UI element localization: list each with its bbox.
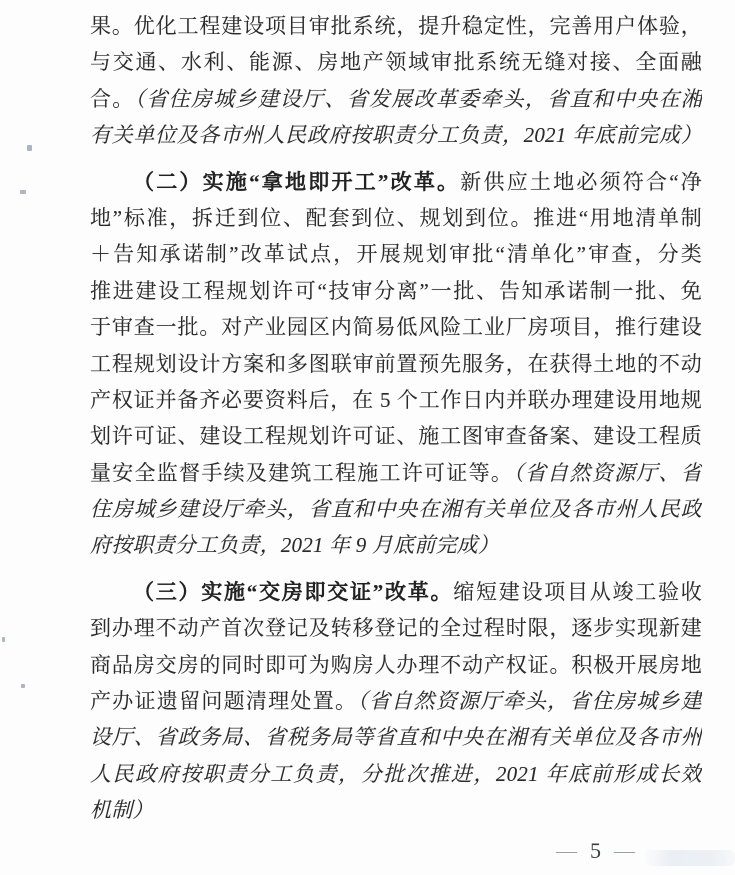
text-segment-regular: 商品房交房的同时即可为购房人办理不动产权证。积极开展房地 — [90, 653, 702, 677]
text-line: 推进建设工程规划许可“技审分离”一批、告知承诺制一批、免 — [90, 273, 702, 309]
text-segment-regular: 与交通、水利、能源、房地产领域审批系统无缝对接、全面融 — [90, 50, 702, 74]
text-segment-regular: 新供应土地必须符合“净 — [460, 170, 702, 194]
text-segment-kai: 人民政府按职责分工负责，分批次推进，2021 年底前形成长效 — [90, 762, 702, 786]
text-line: 商品房交房的同时即可为购房人办理不动产权证。积极开展房地 — [90, 647, 702, 683]
text-line: （三）实施“交房即交证”改革。缩短建设项目从竣工验收 — [90, 574, 702, 610]
text-line: 人民政府按职责分工负责，分批次推进，2021 年底前形成长效 — [90, 756, 702, 792]
scan-smear — [643, 850, 735, 866]
scan-speck — [2, 637, 5, 642]
text-segment-kai: （省住房城乡建设厅、省发展改革委牵头，省直和中央在湘 — [135, 87, 702, 111]
text-line: 府按职责分工负责，2021 年 9 月底前完成） — [90, 527, 702, 563]
text-segment-regular: 地”标准，拆迁到位、配套到位、规划到位。推进“用地清单制 — [90, 206, 702, 230]
text-segment-kai: 有关单位及各市州人民政府按职责分工负责，2021 年底前完成） — [90, 123, 702, 147]
paragraph: （三）实施“交房即交证”改革。缩短建设项目从竣工验收到办理不动产首次登记及转移登… — [90, 574, 702, 829]
text-line: （二）实施“拿地即开工”改革。新供应土地必须符合“净 — [90, 164, 702, 200]
text-segment-regular: ＋告知承诺制”改革试点，开展规划审批“清单化”审查，分类 — [90, 242, 702, 266]
text-segment-kai: （省自然资源厅、省 — [513, 461, 702, 485]
scan-speck — [27, 145, 32, 151]
paragraph: （二）实施“拿地即开工”改革。新供应土地必须符合“净地”标准，拆迁到位、配套到位… — [90, 164, 702, 564]
text-segment-regular: 推进建设工程规划许可“技审分离”一批、告知承诺制一批、免 — [90, 279, 702, 303]
text-line: 住房城乡建设厅牵头，省直和中央在湘有关单位及各市州人民政 — [90, 491, 702, 527]
text-line: 与交通、水利、能源、房地产领域审批系统无缝对接、全面融 — [90, 44, 702, 80]
text-line: 到办理不动产首次登记及转移登记的全过程时限，逐步实现新建 — [90, 610, 702, 646]
footer-dash-left: — — [556, 841, 577, 860]
page-footer: — 5 — — [556, 839, 635, 863]
scan-speck — [20, 190, 26, 194]
text-segment-regular: 果。优化工程建设项目审批系统，提升稳定性，完善用户体验， — [90, 14, 702, 38]
text-segment-kai: （省自然资源厅牵头，省住房城乡建 — [357, 689, 702, 713]
text-segment-regular: 到办理不动产首次登记及转移登记的全过程时限，逐步实现新建 — [90, 616, 702, 640]
text-line: 产办证遗留问题清理处置。（省自然资源厅牵头，省住房城乡建 — [90, 683, 702, 719]
text-line: 工程规划设计方案和多图联审前置预先服务，在获得土地的不动 — [90, 346, 702, 382]
text-segment-regular: 划许可证、建设工程规划许可证、施工图审查备案、建设工程质 — [90, 424, 702, 448]
scan-speck — [21, 684, 25, 688]
text-line: 有关单位及各市州人民政府按职责分工负责，2021 年底前完成） — [90, 117, 702, 153]
text-line: 地”标准，拆迁到位、配套到位、规划到位。推进“用地清单制 — [90, 200, 702, 236]
text-line: ＋告知承诺制”改革试点，开展规划审批“清单化”审查，分类 — [90, 236, 702, 272]
page-number: 5 — [590, 839, 601, 863]
text-line: 划许可证、建设工程规划许可证、施工图审查备案、建设工程质 — [90, 418, 702, 454]
text-segment-kai: 机制） — [90, 798, 154, 822]
text-segment-kai: 设厅、省政务局、省税务局等省直和中央在湘有关单位及各市州 — [90, 725, 702, 749]
document-body: 果。优化工程建设项目审批系统，提升稳定性，完善用户体验，与交通、水利、能源、房地… — [90, 8, 702, 829]
text-line: 产权证并备齐必要资料后，在 5 个工作日内并联办理建设用地规 — [90, 382, 702, 418]
text-line: 机制） — [90, 792, 702, 828]
text-segment-regular: 产权证并备齐必要资料后，在 5 个工作日内并联办理建设用地规 — [90, 388, 702, 412]
text-segment-bold: （三）实施“交房即交证”改革。 — [133, 580, 453, 604]
text-segment-kai: 府按职责分工负责，2021 年 9 月底前完成） — [90, 533, 499, 557]
text-segment-regular: 缩短建设项目从竣工验收 — [453, 580, 702, 604]
document-page: 果。优化工程建设项目审批系统，提升稳定性，完善用户体验，与交通、水利、能源、房地… — [0, 0, 735, 875]
text-line: 合。（省住房城乡建设厅、省发展改革委牵头，省直和中央在湘 — [90, 81, 702, 117]
text-segment-regular: 合。 — [90, 87, 135, 111]
text-line: 果。优化工程建设项目审批系统，提升稳定性，完善用户体验， — [90, 8, 702, 44]
text-segment-regular: 工程规划设计方案和多图联审前置预先服务，在获得土地的不动 — [90, 352, 702, 376]
text-segment-regular: 量安全监督手续及建筑工程施工许可证等。 — [90, 461, 513, 485]
text-segment-regular: 产办证遗留问题清理处置。 — [90, 689, 357, 713]
paragraph: 果。优化工程建设项目审批系统，提升稳定性，完善用户体验，与交通、水利、能源、房地… — [90, 8, 702, 154]
text-line: 设厅、省政务局、省税务局等省直和中央在湘有关单位及各市州 — [90, 719, 702, 755]
text-segment-kai: 住房城乡建设厅牵头，省直和中央在湘有关单位及各市州人民政 — [90, 497, 702, 521]
footer-dash-right: — — [614, 841, 635, 860]
text-line: 量安全监督手续及建筑工程施工许可证等。（省自然资源厅、省 — [90, 455, 702, 491]
text-segment-bold: （二）实施“拿地即开工”改革。 — [133, 170, 460, 194]
text-segment-regular: 于审查一批。对产业园区内简易低风险工业厂房项目，推行建设 — [90, 315, 702, 339]
text-line: 于审查一批。对产业园区内简易低风险工业厂房项目，推行建设 — [90, 309, 702, 345]
